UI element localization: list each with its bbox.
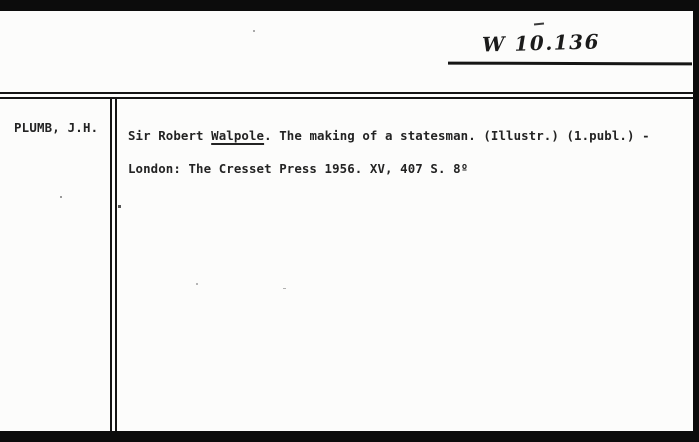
scan-speck [60, 196, 62, 198]
title-suffix: . The making of a statesman. (Illustr.) … [264, 128, 634, 143]
scan-speck [253, 30, 255, 32]
scan-edge-right [693, 0, 699, 442]
library-catalog-card-scan: W 10.136 PLUMB, J.H. Sir Robert Walpole.… [0, 0, 699, 442]
title-prefix: Sir Robert [128, 128, 211, 143]
handwritten-tick-mark [534, 22, 544, 25]
scan-speck [118, 205, 121, 208]
title-trailing-hyphen: - [635, 128, 650, 143]
header-divider-rule [0, 92, 694, 99]
scan-edge-bottom [0, 431, 699, 442]
imprint-line: London: The Cresset Press 1956. XV, 407 … [128, 153, 680, 186]
scan-edge-top [0, 0, 699, 11]
title-line: Sir Robert Walpole. The making of a stat… [128, 120, 680, 153]
call-number-underline [448, 62, 692, 65]
call-number: W 10.136 [482, 29, 601, 56]
title-surname-underlined: Walpole [211, 128, 264, 143]
author-heading: PLUMB, J.H. [14, 120, 98, 135]
scan-speck [283, 288, 286, 289]
scan-speck [196, 283, 198, 285]
author-column-divider-rule [110, 97, 117, 431]
entry-text: Sir Robert Walpole. The making of a stat… [128, 120, 680, 185]
